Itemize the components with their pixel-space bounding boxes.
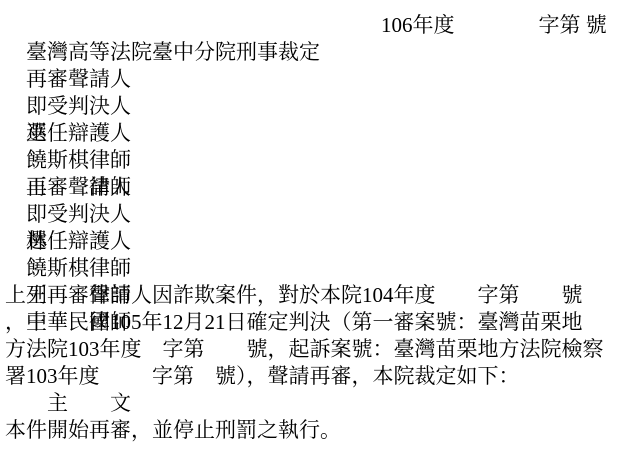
party-row: 即受判決人 林 [5, 174, 631, 201]
header-line: 臺灣高等法院臺中分院刑事裁定 106年度 字第 號 [5, 12, 631, 39]
party-row: 王 律師 [5, 120, 631, 147]
ruling-line: 本件開始再審，並停止刑罰之執行。 [5, 417, 631, 444]
main-text-heading: 主 文 [5, 390, 631, 417]
party-row: 選任辯護人 饒斯棋律師 [5, 93, 631, 120]
party-row: 王 律師 [5, 228, 631, 255]
party-row: 再審聲請人 [5, 39, 631, 66]
party-row: 王 律師 [5, 255, 631, 282]
body-text-line: 方法院103年度 字第 號，起訴案號：臺灣苗栗地方法院檢察 [5, 336, 631, 363]
party-row: 再審聲請人 [5, 147, 631, 174]
party-row: 選任辯護人 饒斯棋律師 [5, 201, 631, 228]
case-number: 106年度 字第 號 [381, 12, 607, 39]
body-text-line: 署103年度 字第 號），聲請再審，本院裁定如下： [5, 363, 631, 390]
party-row: 即受判決人 巫 [5, 66, 631, 93]
body-text-line: ，中華民國105年12月21日確定判決（第一審案號：臺灣苗栗地 [5, 309, 631, 336]
body-text-line: 上列再審聲請人因詐欺案件，對於本院104年度 字第 號 [5, 282, 631, 309]
judgment-document: 臺灣高等法院臺中分院刑事裁定 106年度 字第 號 再審聲請人 即受判決人 巫 … [0, 0, 631, 469]
